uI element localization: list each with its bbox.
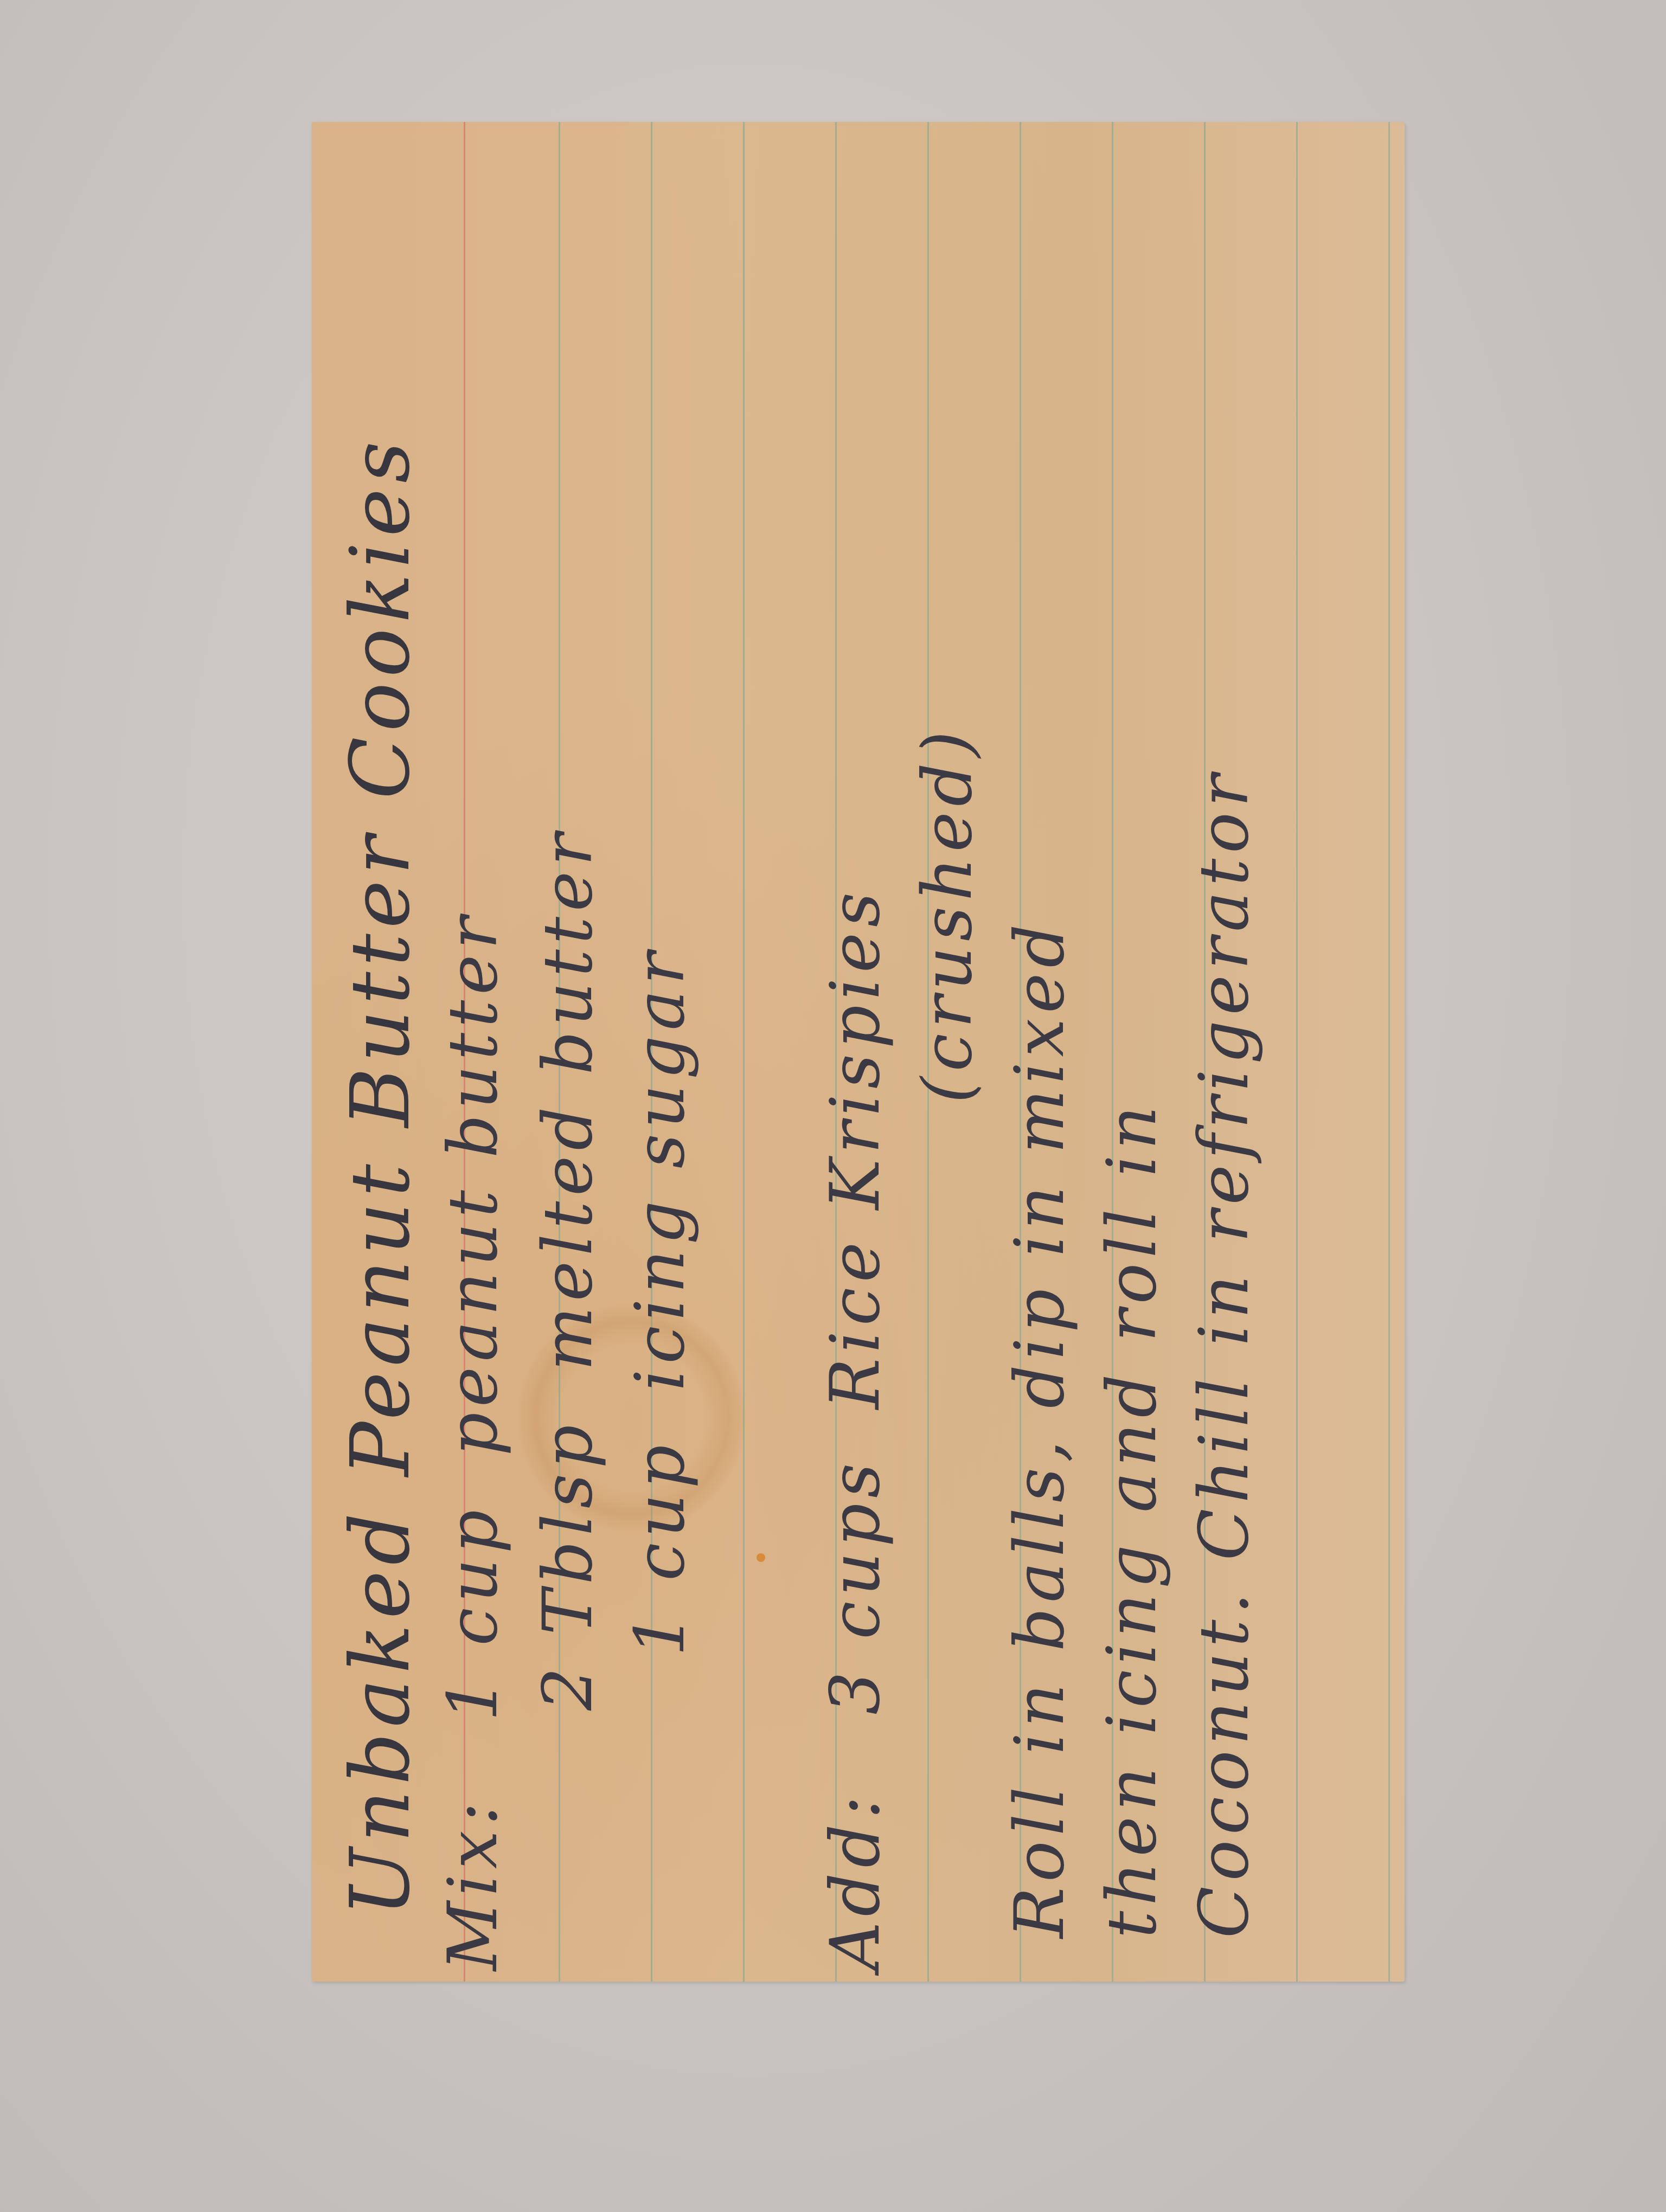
ingredient-item: melted butter — [529, 828, 607, 1371]
instruction-line-1: Roll in balls, dip in mixed — [1001, 919, 1079, 1938]
add-line: Add: 3 cups Rice Krispies — [816, 887, 895, 1971]
ingredient-item: Rice Krispies — [816, 887, 895, 1409]
recipe-title: Unbaked Peanut Butter Cookies — [334, 436, 428, 1917]
recipe-card: Unbaked Peanut Butter Cookies Mix: 1 cup… — [312, 122, 1405, 1982]
add-note: (crushed) — [908, 726, 987, 1103]
handwritten-text-area: Unbaked Peanut Butter Cookies Mix: 1 cup… — [312, 122, 1405, 1982]
ingredient-qty: 1 cup — [621, 1439, 700, 1656]
ingredient-qty: 2 Tblsp — [529, 1419, 607, 1711]
ingredient-qty: 1 cup — [434, 1504, 512, 1721]
instruction-line-3: Coconut. Chill in refrigerator — [1185, 769, 1264, 1938]
mix-line-3: 1 cup icing sugar — [621, 947, 700, 1656]
instruction-line-2: then icing and roll in — [1093, 1101, 1171, 1938]
ingredient-qty: 3 cups — [816, 1458, 895, 1715]
add-label: Add: — [816, 1791, 895, 1971]
mix-label: Mix: — [434, 1797, 512, 1971]
ingredient-item: peanut butter — [434, 911, 512, 1456]
ingredient-item: icing sugar — [621, 947, 700, 1391]
mix-line-2: 2 Tblsp melted butter — [529, 828, 607, 1711]
mix-line-1: Mix: 1 cup peanut butter — [434, 911, 512, 1971]
